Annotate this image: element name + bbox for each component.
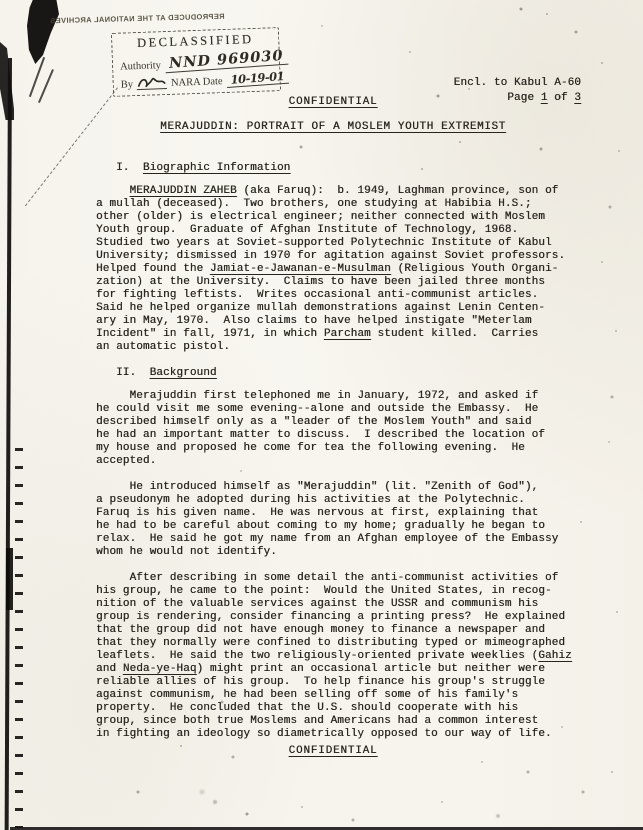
- text-line: that the group did not have enough money…: [96, 624, 608, 637]
- text-line: accepted.: [96, 455, 608, 468]
- scan-corner-blotch: [27, 0, 59, 64]
- signature-scribble: [137, 75, 167, 90]
- text-line: Said he helped organize mullah demonstra…: [96, 302, 608, 315]
- text-line: Faruq is his given name. He was nervous …: [96, 507, 608, 520]
- text-line: and Neda-ye-Haq) might print an occasion…: [96, 663, 608, 676]
- document-body: I. Biographic Information MERAJUDDIN ZAH…: [96, 162, 608, 754]
- text-segment: my house and proposed he come for tea th…: [96, 442, 525, 454]
- text-line: nition of the valuable services against …: [96, 598, 608, 611]
- text-line: described himself only as a "leader of t…: [96, 416, 608, 429]
- text-segment: Parcham: [324, 328, 371, 340]
- text-line: University; dismissed in 1970 for agitat…: [96, 250, 608, 263]
- text-line: in fighting an ideology so diametrically…: [96, 728, 608, 741]
- section-heading: II. Background: [96, 367, 608, 380]
- text-segment: group, since both true Moslems and Ameri…: [96, 715, 538, 727]
- text-line: reliable allies of his group. To help fi…: [96, 676, 608, 689]
- text-line: Studied two years at Soviet-supported Po…: [96, 237, 608, 250]
- enclosure-line: Encl. to Kabul A-60: [454, 76, 581, 91]
- text-line: Incident" in fall, 1971, in which Parcha…: [96, 328, 608, 341]
- text-segment: MERAJUDDIN ZAHEB: [130, 185, 237, 197]
- text-segment: that they normally were confined to dist…: [96, 637, 565, 649]
- text-line: a pseudonym he adopted during his activi…: [96, 494, 608, 507]
- text-segment: reliable allies of his group. To help fi…: [96, 676, 545, 688]
- text-line: zation) at the University. Claims to hav…: [96, 276, 608, 289]
- margin-tick-marks: [15, 448, 23, 828]
- text-segment: Faruq is his given name. He was nervous …: [96, 507, 538, 519]
- paragraph: After describing in some detail the anti…: [96, 572, 608, 741]
- text-segment: Studied two years at Soviet-supported Po…: [96, 237, 552, 249]
- text-segment: ary in May, 1970. Also claims to have he…: [96, 315, 532, 327]
- text-line: He introduced himself as "Merajuddin" (l…: [96, 481, 608, 494]
- text-line: Youth group. Graduate of Afghan Institut…: [96, 224, 608, 237]
- text-segment: I.: [96, 162, 143, 174]
- paragraph: He introduced himself as "Merajuddin" (l…: [96, 481, 608, 559]
- text-line: II. Background: [96, 367, 608, 380]
- text-segment: whom he would not identify.: [96, 546, 277, 558]
- section-heading: I. Biographic Information: [96, 162, 608, 175]
- paragraph: MERAJUDDIN ZAHEB (aka Faruq): b. 1949, L…: [96, 185, 608, 354]
- text-line: he had an important matter to discuss. I…: [96, 429, 608, 442]
- text-line: MERAJUDDIN ZAHEB (aka Faruq): b. 1949, L…: [96, 185, 608, 198]
- paper-specks: [0, 0, 2, 2]
- text-line: Helped found the Jamiat-e-Jawanan-e-Musu…: [96, 263, 608, 276]
- classification-banner-bottom: CONFIDENTIAL: [83, 745, 583, 758]
- text-segment: in fighting an ideology so diametrically…: [96, 728, 552, 740]
- document-title: MERAJUDDIN: PORTRAIT OF A MOSLEM YOUTH E…: [83, 121, 583, 134]
- text-line: relax. He said he got my name from an Af…: [96, 533, 608, 546]
- text-segment: Background: [150, 367, 217, 379]
- stamp-authority-row: Authority NND 969030: [120, 49, 273, 72]
- text-line: he had to be careful about coming to my …: [96, 520, 608, 533]
- text-segment: group is rendering, consider financing a…: [96, 611, 565, 623]
- declassified-stamp: DECLASSIFIED Authority NND 969030 By NAR…: [111, 27, 281, 97]
- text-line: for fighting leftists. Writes occasional…: [96, 289, 608, 302]
- scan-hatch-mark: [38, 69, 53, 103]
- text-segment: other (older) is electrical engineer; ne…: [96, 211, 545, 223]
- text-segment: a mullah (deceased). Two brothers, one s…: [96, 198, 532, 210]
- text-segment: and: [96, 663, 123, 675]
- text-segment: he could visit me some evening--alone an…: [96, 403, 538, 415]
- text-segment: leaflets. He said the two religiously-or…: [96, 650, 538, 662]
- text-segment: relax. He said he got my name from an Af…: [96, 533, 558, 545]
- classification-banner-top: CONFIDENTIAL: [83, 96, 583, 109]
- text-segment: II.: [96, 367, 150, 379]
- text-line: After describing in some detail the anti…: [96, 572, 608, 585]
- text-segment: After describing in some detail the anti…: [96, 572, 558, 584]
- text-segment: Gahiz: [538, 650, 572, 662]
- text-segment: nition of the valuable services against …: [96, 598, 538, 610]
- text-segment: Biographic Information: [143, 162, 290, 174]
- text-line: an automatic pistol.: [96, 341, 608, 354]
- text-line: property. He concluded that the U.S. sho…: [96, 702, 608, 715]
- text-segment: University; dismissed in 1970 for agitat…: [96, 250, 565, 262]
- scan-edge-artifact-left-thick: [6, 548, 13, 610]
- text-segment: student killed. Carries: [371, 328, 539, 340]
- text-segment: he had an important matter to discuss. I…: [96, 429, 545, 441]
- text-segment: his group, he came to the point: Would t…: [96, 585, 552, 597]
- text-line: a mullah (deceased). Two brothers, one s…: [96, 198, 608, 211]
- stamp-nara-row: By NARA Date 10-19-01: [120, 70, 272, 90]
- scan-edge-artifact-left: [5, 58, 12, 830]
- signature-scribble-icon: [137, 75, 167, 89]
- text-segment: Jamiat-e-Jawanan-e-Musulman: [210, 263, 391, 275]
- text-segment: Youth group. Graduate of Afghan Institut…: [96, 224, 518, 236]
- text-segment: Incident" in fall, 1971, in which: [96, 328, 324, 340]
- text-line: against communism, he had been selling o…: [96, 689, 608, 702]
- text-segment: that the group did not have enough money…: [96, 624, 545, 636]
- stamp-nara-value: 10-19-01: [226, 69, 288, 88]
- text-line: I. Biographic Information: [96, 162, 608, 175]
- text-line: group, since both true Moslems and Ameri…: [96, 715, 608, 728]
- text-segment: he had to be careful about coming to my …: [96, 520, 545, 532]
- scanned-document-page: REPRODUCED AT THE NATIONAL ARCHIVES DECL…: [0, 0, 643, 830]
- stamp-nara-label: NARA Date: [171, 76, 223, 89]
- text-line: my house and proposed he come for tea th…: [96, 442, 608, 455]
- text-segment: zation) at the University. Claims to hav…: [96, 276, 545, 288]
- text-line: his group, he came to the point: Would t…: [96, 585, 608, 598]
- text-line: group is rendering, consider financing a…: [96, 611, 608, 624]
- text-segment: Merajuddin first telephoned me in Januar…: [96, 390, 538, 402]
- text-line: whom he would not identify.: [96, 546, 608, 559]
- text-segment: for fighting leftists. Writes occasional…: [96, 289, 538, 301]
- text-segment: [96, 185, 130, 197]
- text-segment: (Religious Youth Organi-: [391, 263, 559, 275]
- text-segment: (aka Faruq): b. 1949, Laghman province, …: [237, 185, 559, 197]
- text-segment: an automatic pistol.: [96, 341, 230, 353]
- text-line: leaflets. He said the two religiously-or…: [96, 650, 608, 663]
- text-segment: a pseudonym he adopted during his activi…: [96, 494, 525, 506]
- text-line: Merajuddin first telephoned me in Januar…: [96, 390, 608, 403]
- text-line: that they normally were confined to dist…: [96, 637, 608, 650]
- text-segment: Neda-ye-Haq: [123, 663, 197, 675]
- paragraph: Merajuddin first telephoned me in Januar…: [96, 390, 608, 468]
- text-segment: described himself only as a "leader of t…: [96, 416, 532, 428]
- text-segment: accepted.: [96, 455, 156, 467]
- archive-reproduction-note: REPRODUCED AT THE NATIONAL ARCHIVES: [50, 12, 225, 26]
- text-segment: against communism, he had been selling o…: [96, 689, 518, 701]
- text-segment: ) might print an occasional article but …: [197, 663, 545, 675]
- text-line: he could visit me some evening--alone an…: [96, 403, 608, 416]
- text-segment: property. He concluded that the U.S. sho…: [96, 702, 518, 714]
- text-segment: He introduced himself as "Merajuddin" (l…: [96, 481, 538, 493]
- text-line: ary in May, 1970. Also claims to have he…: [96, 315, 608, 328]
- text-line: other (older) is electrical engineer; ne…: [96, 211, 608, 224]
- stamp-authority-label: Authority: [120, 60, 161, 72]
- stamp-by-label: By: [121, 79, 134, 90]
- text-segment: Helped found the: [96, 263, 210, 275]
- text-segment: Said he helped organize mullah demonstra…: [96, 302, 545, 314]
